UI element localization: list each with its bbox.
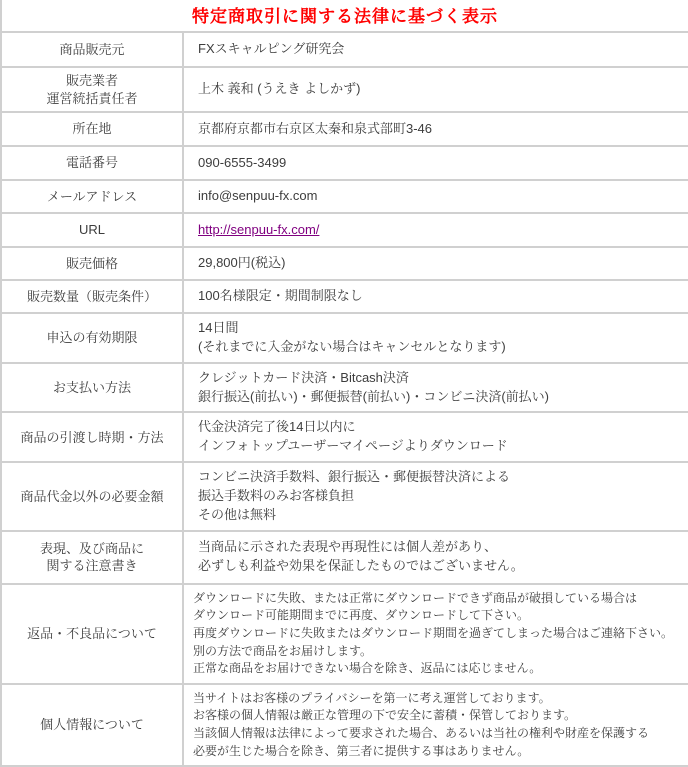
row-value: ダウンロードに失敗、または正常にダウンロードできず商品が破損している場合はダウン…: [183, 584, 688, 684]
disclosure-rows: 商品販売元FXスキャルピング研究会販売業者運営統括責任者上木 義和 (うえき よ…: [1, 32, 688, 766]
value-line: 銀行振込(前払い)・郵便振替(前払い)・コンビニ決済(前払い): [198, 388, 682, 407]
value-line: クレジットカード決済・Bitcash決済: [198, 369, 682, 388]
row-value: 上木 義和 (うえき よしかず): [183, 67, 688, 112]
table-row: お支払い方法クレジットカード決済・Bitcash決済銀行振込(前払い)・郵便振替…: [1, 363, 688, 413]
row-value: http://senpuu-fx.com/: [183, 213, 688, 247]
table-row: 販売数量（販売条件）100名様限定・期間制限なし: [1, 280, 688, 313]
row-value: 29,800円(税込): [183, 247, 688, 280]
row-value: 京都府京都市右京区太秦和泉式部町3-46: [183, 112, 688, 146]
row-value: FXスキャルピング研究会: [183, 32, 688, 67]
table-row: 所在地京都府京都市右京区太秦和泉式部町3-46: [1, 112, 688, 146]
row-label: お支払い方法: [1, 363, 183, 413]
value-line: 090-6555-3499: [198, 154, 682, 173]
label-line: 個人情報について: [4, 716, 180, 734]
row-label: メールアドレス: [1, 180, 183, 213]
value-line: 代金決済完了後14日以内に: [198, 418, 682, 437]
label-line: 表現、及び商品に: [4, 540, 180, 558]
value-line: 必要が生じた場合を除き、第三者に提供する事はありません。: [193, 743, 682, 761]
label-line: 運営統括責任者: [4, 90, 180, 108]
label-line: URL: [4, 221, 180, 239]
value-line: 別の方法で商品をお届けします。: [193, 643, 682, 661]
label-line: 商品販売元: [4, 41, 180, 59]
label-line: 返品・不良品について: [4, 625, 180, 643]
table-row: 販売業者運営統括責任者上木 義和 (うえき よしかず): [1, 67, 688, 112]
value-line: コンビニ決済手数料、銀行振込・郵便振替決済による: [198, 468, 682, 487]
label-line: 商品代金以外の必要金額: [4, 488, 180, 506]
row-label: 商品の引渡し時期・方法: [1, 412, 183, 462]
table-row: 返品・不良品についてダウンロードに失敗、または正常にダウンロードできず商品が破損…: [1, 584, 688, 684]
value-line: お客様の個人情報は厳正な管理の下で安全に蓄積・保管しております。: [193, 707, 682, 725]
row-value: 当サイトはお客様のプライバシーを第一に考え運営しております。お客様の個人情報は厳…: [183, 684, 688, 767]
table-row: 表現、及び商品に関する注意書き当商品に示された表現や再現性には個人差があり、必ず…: [1, 531, 688, 584]
row-label: 表現、及び商品に関する注意書き: [1, 531, 183, 584]
value-line: ダウンロード可能期間までに再度、ダウンロードして下さい。: [193, 607, 682, 625]
label-line: メールアドレス: [4, 188, 180, 206]
label-line: 販売業者: [4, 72, 180, 90]
disclosure-page: 特定商取引に関する法律に基づく表示 商品販売元FXスキャルピング研究会販売業者運…: [0, 0, 688, 767]
table-row: 個人情報について当サイトはお客様のプライバシーを第一に考え運営しております。お客…: [1, 684, 688, 767]
table-row: 商品代金以外の必要金額コンビニ決済手数料、銀行振込・郵便振替決済による振込手数料…: [1, 462, 688, 531]
table-row: 申込の有効期限14日間(それまでに入金がない場合はキャンセルとなります): [1, 313, 688, 363]
value-line: FXスキャルピング研究会: [198, 40, 682, 59]
row-value: クレジットカード決済・Bitcash決済銀行振込(前払い)・郵便振替(前払い)・…: [183, 363, 688, 413]
label-line: 販売価格: [4, 255, 180, 273]
row-label: 返品・不良品について: [1, 584, 183, 684]
row-label: 所在地: [1, 112, 183, 146]
label-line: 関する注意書き: [4, 557, 180, 575]
value-line: info@senpuu-fx.com: [198, 187, 682, 206]
label-line: 所在地: [4, 120, 180, 138]
row-value: 100名様限定・期間制限なし: [183, 280, 688, 313]
label-line: 販売数量（販売条件）: [4, 288, 180, 306]
value-line: 必ずしも利益や効果を保証したものではございません。: [198, 557, 682, 576]
page-title: 特定商取引に関する法律に基づく表示: [1, 0, 688, 32]
row-value: コンビニ決済手数料、銀行振込・郵便振替決済による振込手数料のみお客様負担その他は…: [183, 462, 688, 531]
value-line: 当商品に示された表現や再現性には個人差があり、: [198, 538, 682, 557]
row-value: 14日間(それまでに入金がない場合はキャンセルとなります): [183, 313, 688, 363]
row-value: 当商品に示された表現や再現性には個人差があり、必ずしも利益や効果を保証したもので…: [183, 531, 688, 584]
title-row: 特定商取引に関する法律に基づく表示: [1, 0, 688, 32]
table-row: 商品の引渡し時期・方法代金決済完了後14日以内にインフォトップユーザーマイページ…: [1, 412, 688, 462]
row-label: 商品販売元: [1, 32, 183, 67]
table-row: 販売価格29,800円(税込): [1, 247, 688, 280]
row-label: 販売価格: [1, 247, 183, 280]
disclosure-table: 特定商取引に関する法律に基づく表示 商品販売元FXスキャルピング研究会販売業者運…: [0, 0, 688, 767]
table-row: 電話番号090-6555-3499: [1, 146, 688, 180]
row-label: 個人情報について: [1, 684, 183, 767]
row-label: 申込の有効期限: [1, 313, 183, 363]
row-value: info@senpuu-fx.com: [183, 180, 688, 213]
value-line: 14日間: [198, 319, 682, 338]
value-line: 当サイトはお客様のプライバシーを第一に考え運営しております。: [193, 690, 682, 708]
row-label: 販売業者運営統括責任者: [1, 67, 183, 112]
label-line: 商品の引渡し時期・方法: [4, 429, 180, 447]
row-label: 電話番号: [1, 146, 183, 180]
row-label: 商品代金以外の必要金額: [1, 462, 183, 531]
value-line: 当該個人情報は法律によって要求された場合、あるいは当社の権利や財産を保護する: [193, 725, 682, 743]
row-value: 090-6555-3499: [183, 146, 688, 180]
value-line: (それまでに入金がない場合はキャンセルとなります): [198, 338, 682, 357]
row-value: 代金決済完了後14日以内にインフォトップユーザーマイページよりダウンロード: [183, 412, 688, 462]
table-row: URLhttp://senpuu-fx.com/: [1, 213, 688, 247]
value-line: その他は無料: [198, 506, 682, 525]
label-line: 電話番号: [4, 154, 180, 172]
value-line: 100名様限定・期間制限なし: [198, 287, 682, 306]
table-row: メールアドレスinfo@senpuu-fx.com: [1, 180, 688, 213]
value-line: 正常な商品をお届けできない場合を除き、返品には応じません。: [193, 660, 682, 678]
value-line: 29,800円(税込): [198, 254, 682, 273]
value-line: ダウンロードに失敗、または正常にダウンロードできず商品が破損している場合は: [193, 590, 682, 608]
row-label: URL: [1, 213, 183, 247]
value-line: 再度ダウンロードに失敗またはダウンロード期間を過ぎてしまった場合はご連絡下さい。: [193, 625, 682, 643]
value-line: 京都府京都市右京区太秦和泉式部町3-46: [198, 120, 682, 139]
table-row: 商品販売元FXスキャルピング研究会: [1, 32, 688, 67]
value-line: 上木 義和 (うえき よしかず): [198, 80, 682, 99]
value-line: 振込手数料のみお客様負担: [198, 487, 682, 506]
label-line: 申込の有効期限: [4, 329, 180, 347]
row-label: 販売数量（販売条件）: [1, 280, 183, 313]
value-line: インフォトップユーザーマイページよりダウンロード: [198, 437, 682, 456]
label-line: お支払い方法: [4, 379, 180, 397]
site-url-link[interactable]: http://senpuu-fx.com/: [198, 222, 319, 237]
